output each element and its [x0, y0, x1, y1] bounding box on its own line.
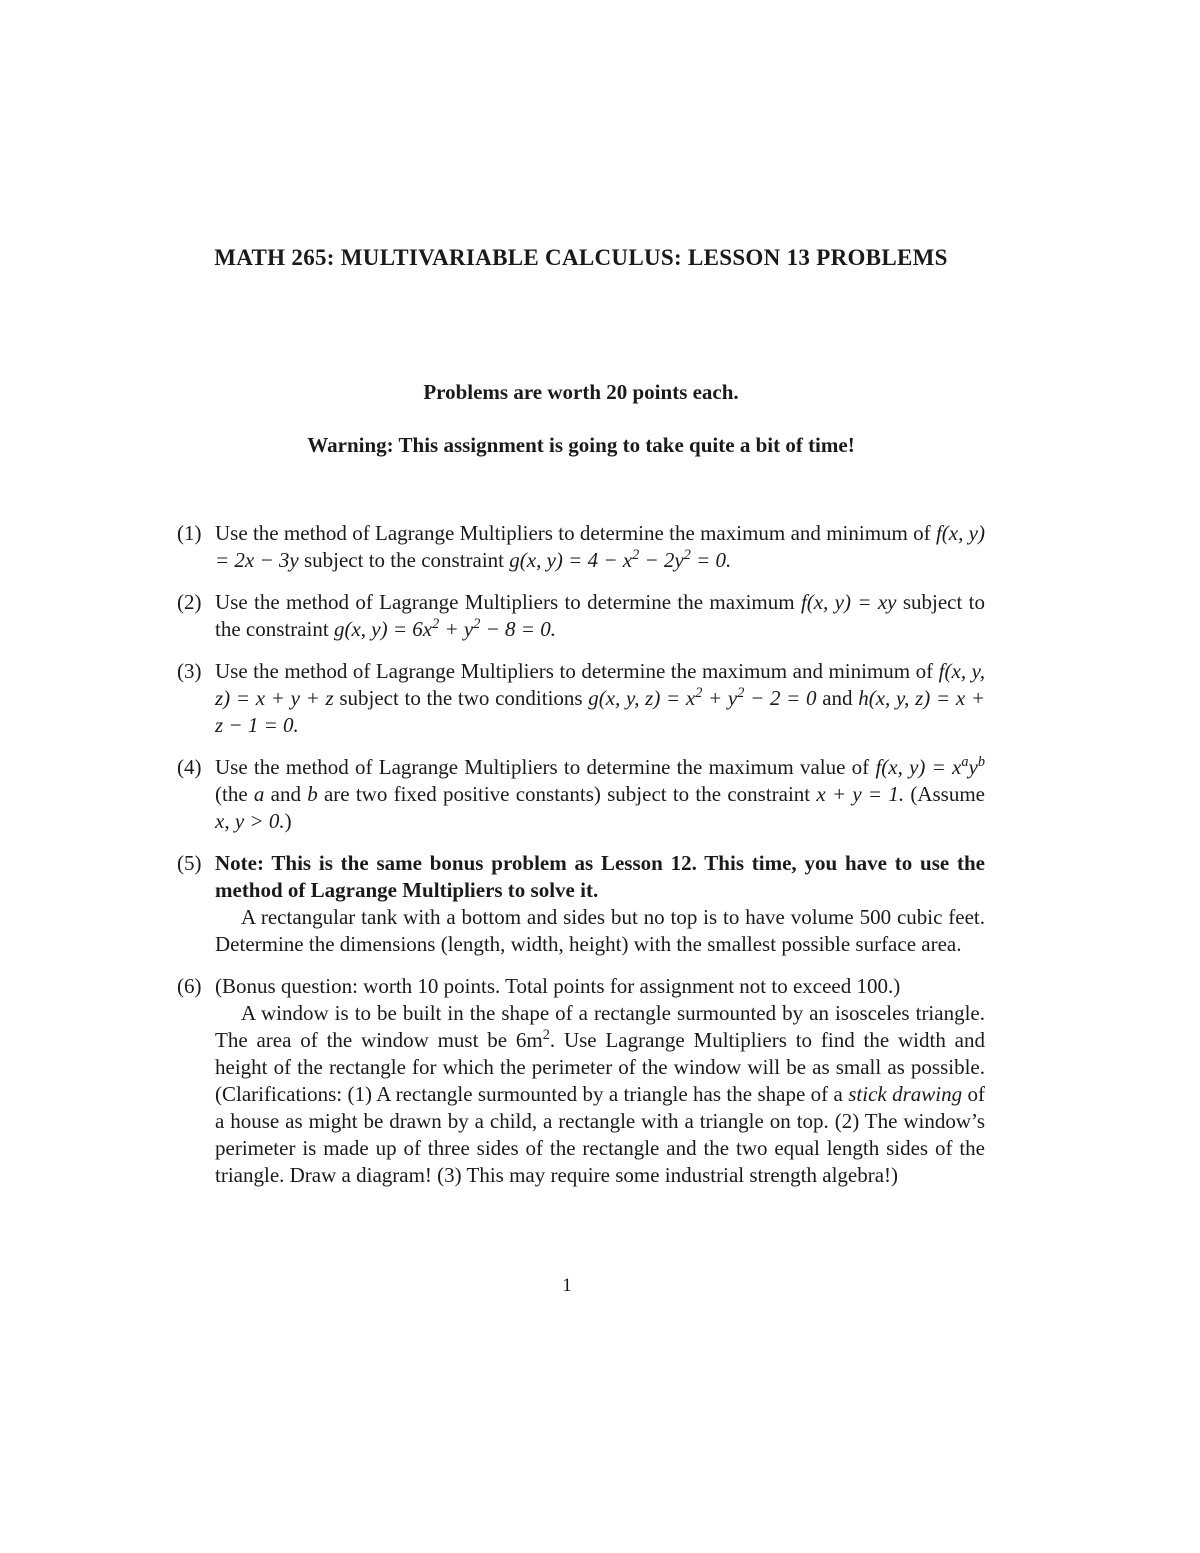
warning-note: Warning: This assignment is going to tak…	[177, 432, 985, 459]
problem-number: (6)	[177, 973, 215, 1189]
problem-body: Note: This is the same bonus problem as …	[215, 850, 985, 958]
problem-number: (5)	[177, 850, 215, 958]
paragraph: Note: This is the same bonus problem as …	[215, 850, 985, 904]
problem-item-6: (6) (Bonus question: worth 10 points. To…	[177, 973, 985, 1189]
problem-number: (1)	[177, 520, 215, 574]
problem-body: Use the method of Lagrange Multipliers t…	[215, 754, 985, 835]
problem-item-5: (5) Note: This is the same bonus problem…	[177, 850, 985, 958]
points-note: Problems are worth 20 points each.	[177, 379, 985, 406]
problem-number: (2)	[177, 589, 215, 643]
document-page: MATH 265: MULTIVARIABLE CALCULUS: LESSON…	[0, 0, 1200, 1553]
page-number: 1	[177, 1274, 957, 1298]
paragraph: A rectangular tank with a bottom and sid…	[215, 904, 985, 958]
problem-number: (4)	[177, 754, 215, 835]
problem-body: Use the method of Lagrange Multipliers t…	[215, 589, 985, 643]
problem-body: Use the method of Lagrange Multipliers t…	[215, 658, 985, 739]
paragraph: Use the method of Lagrange Multipliers t…	[215, 520, 985, 574]
document-content: MATH 265: MULTIVARIABLE CALCULUS: LESSON…	[177, 243, 985, 1204]
problem-item-2: (2) Use the method of Lagrange Multiplie…	[177, 589, 985, 643]
paragraph: (Bonus question: worth 10 points. Total …	[215, 973, 985, 1000]
paragraph: Use the method of Lagrange Multipliers t…	[215, 589, 985, 643]
problem-item-3: (3) Use the method of Lagrange Multiplie…	[177, 658, 985, 739]
paragraph: Use the method of Lagrange Multipliers t…	[215, 658, 985, 739]
problem-list: (1) Use the method of Lagrange Multiplie…	[177, 520, 985, 1189]
paragraph: Use the method of Lagrange Multipliers t…	[215, 754, 985, 835]
problem-body: (Bonus question: worth 10 points. Total …	[215, 973, 985, 1189]
problem-body: Use the method of Lagrange Multipliers t…	[215, 520, 985, 574]
problem-number: (3)	[177, 658, 215, 739]
paragraph: A window is to be built in the shape of …	[215, 1000, 985, 1189]
document-title: MATH 265: MULTIVARIABLE CALCULUS: LESSON…	[177, 243, 985, 273]
problem-item-4: (4) Use the method of Lagrange Multiplie…	[177, 754, 985, 835]
problem-item-1: (1) Use the method of Lagrange Multiplie…	[177, 520, 985, 574]
